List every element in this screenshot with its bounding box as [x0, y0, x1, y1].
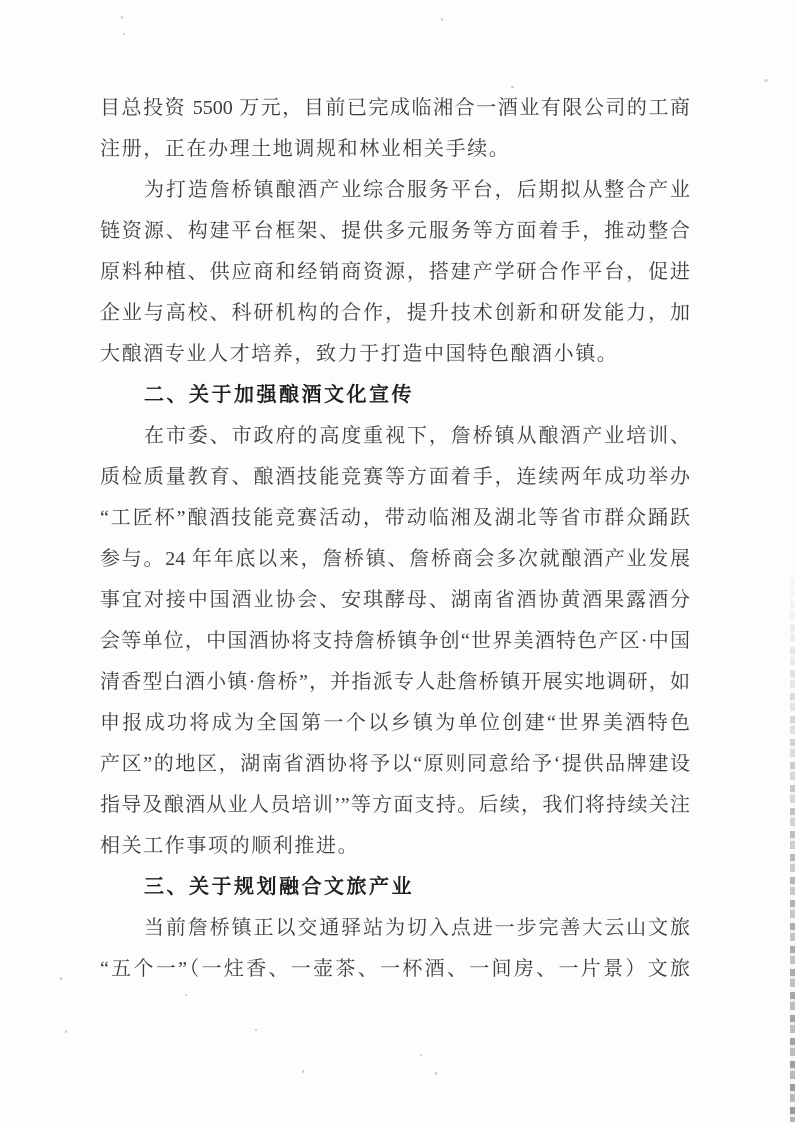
text-line: 大酿酒专业人才培养，致力于打造中国特色酿酒小镇。 — [100, 334, 690, 375]
text-line: 企业与高校、科研机构的合作，提升技术创新和研发能力，加 — [100, 293, 690, 334]
text-line: 原料种植、供应商和经销商资源，搭建产学研合作平台，促进 — [100, 252, 690, 293]
text-line: 相关工作事项的顺利推进。 — [100, 826, 690, 867]
scan-speck — [60, 977, 62, 980]
text-line: 会等单位，中国酒协将支持詹桥镇争创“世界美酒特色产区·中国 — [100, 621, 690, 662]
text-line: 注册，正在办理土地调规和林业相关手续。 — [100, 129, 690, 170]
text-line: “五个一”（一炷香、一壶茶、一杯酒、一间房、一片景）文旅 — [100, 949, 690, 990]
scan-speck — [420, 1054, 422, 1056]
section-heading: 二、关于加强酿酒文化宣传 — [100, 375, 690, 416]
scan-speck — [185, 994, 187, 996]
text-line: 参与。24 年年底以来，詹桥镇、詹桥商会多次就酿酒产业发展 — [100, 539, 690, 580]
scan-speck — [764, 79, 768, 82]
text-line: 在市委、市政府的高度重视下，詹桥镇从酿酒产业培训、 — [100, 416, 690, 457]
text-line: 清香型白酒小镇·詹桥”，并指派专人赴詹桥镇开展实地调研，如 — [100, 662, 690, 703]
text-line: 指导及酿酒从业人员培训’”等方面支持。后续，我们将持续关注 — [100, 785, 690, 826]
section-heading: 三、关于规划融合文旅产业 — [100, 867, 690, 908]
text-line: 事宜对接中国酒业协会、安琪酵母、湖南省酒协黄酒果露酒分 — [100, 580, 690, 621]
text-line: 产区”的地区，湖南省酒协将予以“原则同意给予‘提供品牌建设 — [100, 744, 690, 785]
text-line: 目总投资 5500 万元，目前已完成临湘合一酒业有限公司的工商 — [100, 88, 690, 129]
scan-speck — [441, 18, 443, 21]
text-line: 为打造詹桥镇酿酒产业综合服务平台，后期拟从整合产业 — [100, 170, 690, 211]
text-line: 申报成功将成为全国第一个以乡镇为单位创建“世界美酒特色 — [100, 703, 690, 744]
scan-speck — [123, 33, 125, 35]
scan-speck — [65, 1030, 67, 1033]
scan-speck — [121, 16, 123, 19]
scan-edge-artifact — [790, 555, 795, 1122]
document-page: 目总投资 5500 万元，目前已完成临湘合一酒业有限公司的工商注册，正在办理土地… — [0, 0, 795, 1122]
text-line: 当前詹桥镇正以交通驿站为切入点进一步完善大云山文旅 — [100, 908, 690, 949]
scan-speck — [511, 86, 514, 88]
text-line: “工匠杯”酿酒技能竞赛活动，带动临湘及湖北等省市群众踊跃 — [100, 498, 690, 539]
scan-speck — [302, 1070, 304, 1073]
document-text-block: 目总投资 5500 万元，目前已完成临湘合一酒业有限公司的工商注册，正在办理土地… — [100, 88, 690, 990]
scan-speck — [255, 1029, 257, 1031]
text-line: 质检质量教育、酿酒技能竞赛等方面着手，连续两年成功举办 — [100, 457, 690, 498]
scan-speck — [435, 1072, 437, 1075]
text-line: 链资源、构建平台框架、提供多元服务等方面着手，推动整合 — [100, 211, 690, 252]
